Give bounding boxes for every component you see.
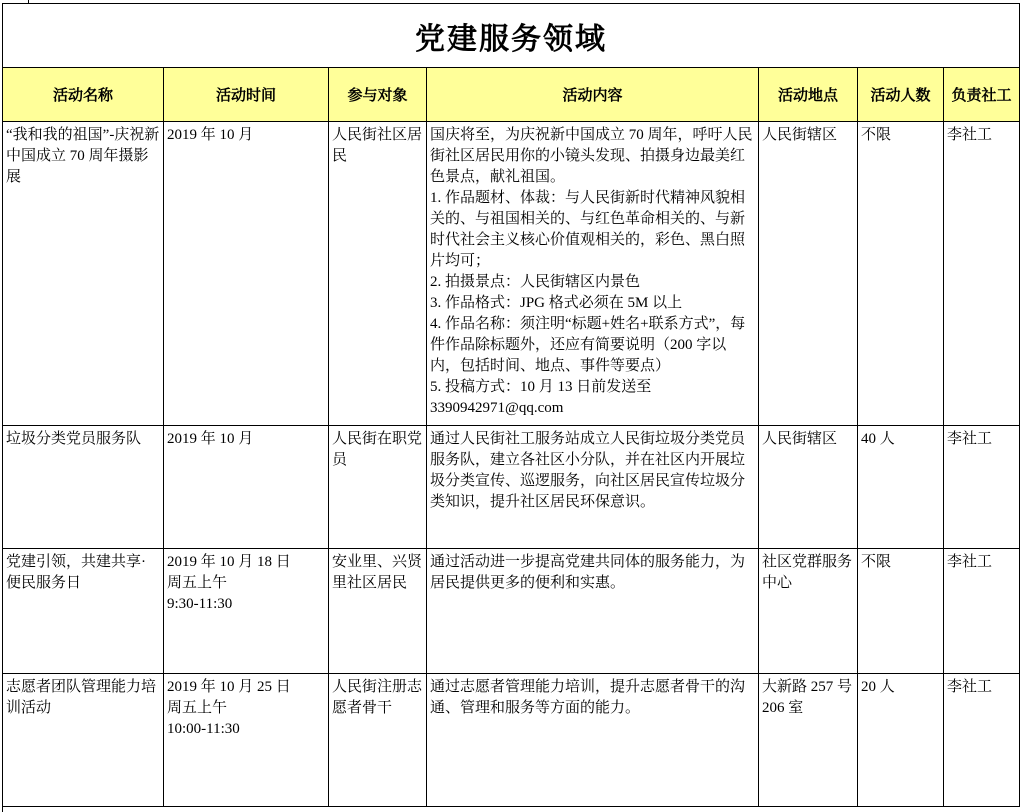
cell-content: 国庆将至，为庆祝新中国成立 70 周年，呼吁人民街社区居民用你的小镜头发现、拍摄… bbox=[427, 122, 759, 426]
cell-headcount: 20 人 bbox=[858, 674, 944, 807]
table-row: “我和我的祖国”-庆祝新中国成立 70 周年摄影展 2019 年 10 月 人民… bbox=[3, 122, 1020, 426]
cell-participants: 人民街注册志愿者骨干 bbox=[329, 674, 427, 807]
cell-participants: 人民街在职党员 bbox=[329, 426, 427, 549]
page-title: 党建服务领域 bbox=[3, 4, 1020, 68]
header-row: 活动名称 活动时间 参与对象 活动内容 活动地点 活动人数 负责社工 bbox=[3, 68, 1020, 122]
cell-activity-time: 2019 年 10 月 18 日 周五上午 9:30-11:30 bbox=[164, 549, 329, 674]
document-page: 党建服务领域 活动名称 活动时间 参与对象 活动内容 活动地点 活动人数 负责社… bbox=[0, 0, 1024, 812]
cell-activity-name: 志愿者团队管理能力培训活动 bbox=[3, 674, 164, 807]
cell-activity-time: 2019 年 10 月 bbox=[164, 122, 329, 426]
cell-activity-name: 垃圾分类党员服务队 bbox=[3, 426, 164, 549]
cell-location: 人民街辖区 bbox=[759, 122, 858, 426]
cell-content: 通过志愿者管理能力培训，提升志愿者骨干的沟通、管理和服务等方面的能力。 bbox=[427, 674, 759, 807]
cell-headcount: 不限 bbox=[858, 549, 944, 674]
cell-social-worker: 李社工 bbox=[944, 426, 1020, 549]
title-row: 党建服务领域 bbox=[3, 4, 1020, 68]
cell-participants: 安业里、兴贤里社区居民 bbox=[329, 549, 427, 674]
activity-table: 党建服务领域 活动名称 活动时间 参与对象 活动内容 活动地点 活动人数 负责社… bbox=[2, 3, 1020, 807]
table-row: 志愿者团队管理能力培训活动 2019 年 10 月 25 日 周五上午 10:0… bbox=[3, 674, 1020, 807]
cell-participants: 人民街社区居民 bbox=[329, 122, 427, 426]
cell-content: 通过活动进一步提高党建共同体的服务能力，为居民提供更多的便利和实惠。 bbox=[427, 549, 759, 674]
cell-content: 通过人民街社工服务站成立人民街垃圾分类党员服务队，建立各社区小分队，并在社区内开… bbox=[427, 426, 759, 549]
table-row: 党建引领，共建共享·便民服务日 2019 年 10 月 18 日 周五上午 9:… bbox=[3, 549, 1020, 674]
col-header-activity-time: 活动时间 bbox=[164, 68, 329, 122]
col-header-activity-name: 活动名称 bbox=[3, 68, 164, 122]
cell-social-worker: 李社工 bbox=[944, 674, 1020, 807]
col-header-headcount: 活动人数 bbox=[858, 68, 944, 122]
col-header-location: 活动地点 bbox=[759, 68, 858, 122]
col-header-content: 活动内容 bbox=[427, 68, 759, 122]
cell-location: 人民街辖区 bbox=[759, 426, 858, 549]
cell-activity-name: 党建引领，共建共享·便民服务日 bbox=[3, 549, 164, 674]
cell-social-worker: 李社工 bbox=[944, 122, 1020, 426]
col-header-participants: 参与对象 bbox=[329, 68, 427, 122]
cell-activity-name: “我和我的祖国”-庆祝新中国成立 70 周年摄影展 bbox=[3, 122, 164, 426]
cell-activity-time: 2019 年 10 月 bbox=[164, 426, 329, 549]
table-row: 垃圾分类党员服务队 2019 年 10 月 人民街在职党员 通过人民街社工服务站… bbox=[3, 426, 1020, 549]
cell-headcount: 40 人 bbox=[858, 426, 944, 549]
cell-location: 社区党群服务中心 bbox=[759, 549, 858, 674]
cell-activity-time: 2019 年 10 月 25 日 周五上午 10:00-11:30 bbox=[164, 674, 329, 807]
cell-location: 大新路 257 号 206 室 bbox=[759, 674, 858, 807]
cell-social-worker: 李社工 bbox=[944, 549, 1020, 674]
cell-headcount: 不限 bbox=[858, 122, 944, 426]
col-header-social-worker: 负责社工 bbox=[944, 68, 1020, 122]
